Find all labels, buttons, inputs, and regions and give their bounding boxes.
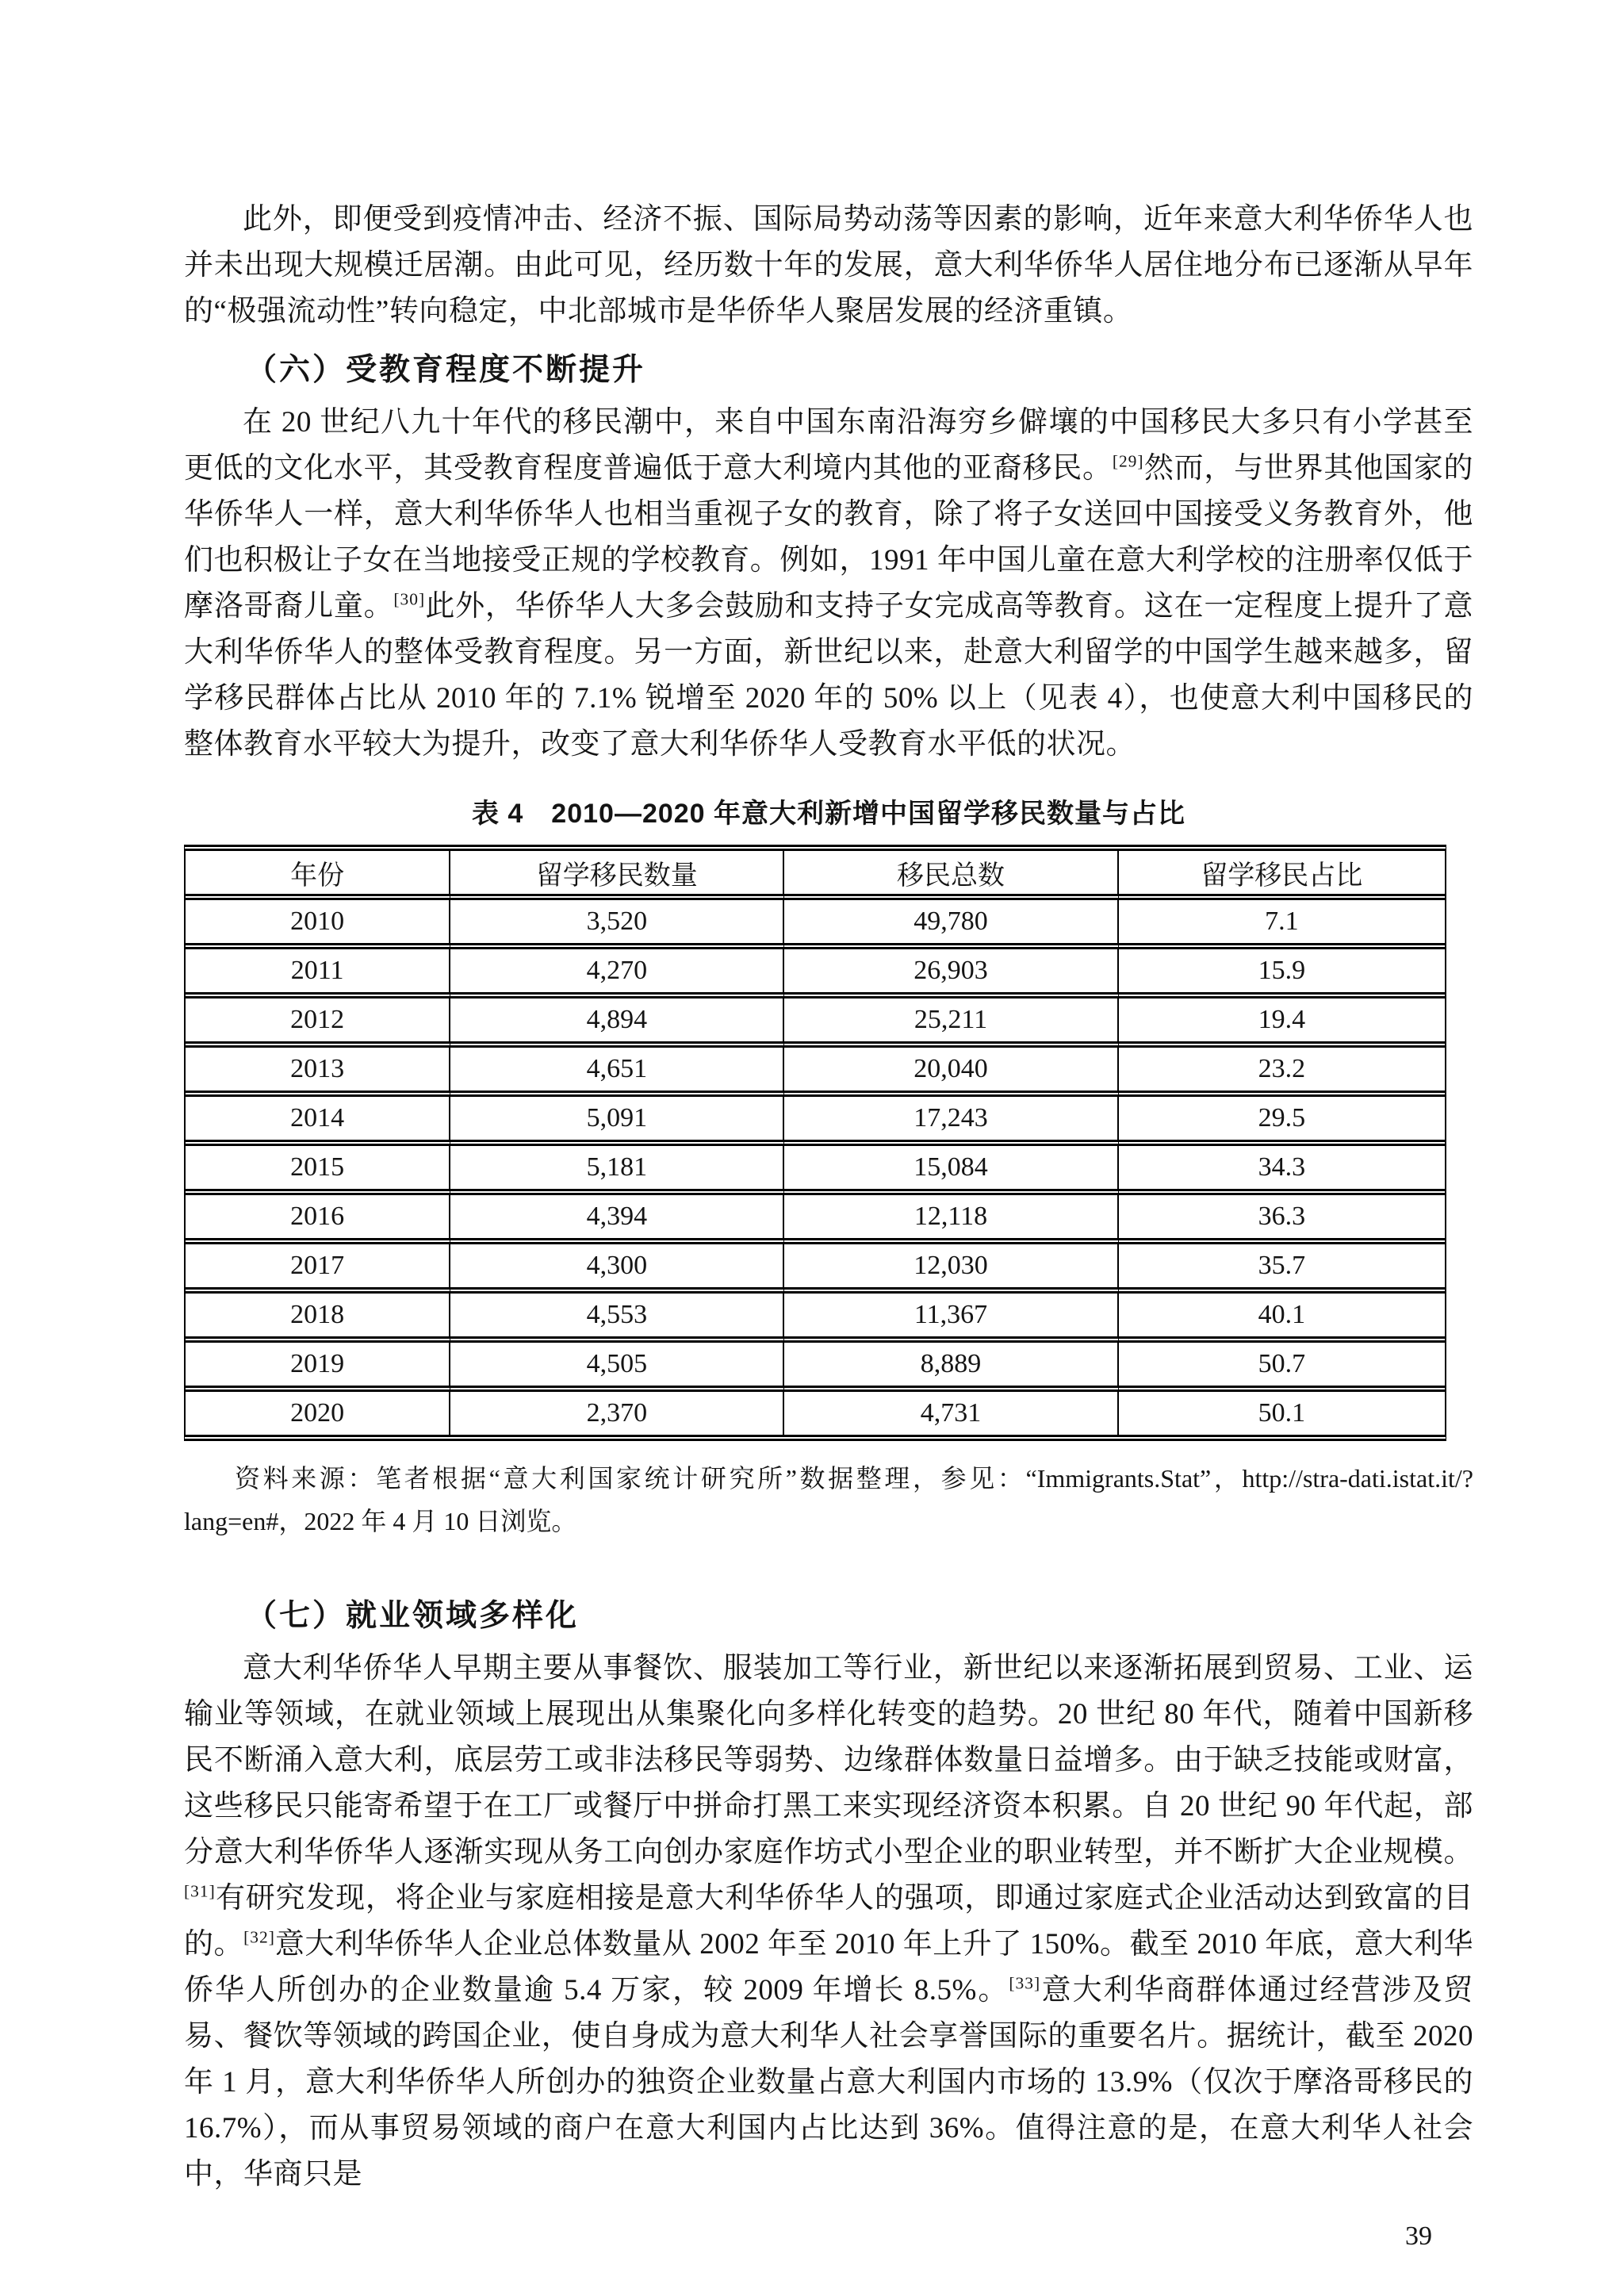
footnote-ref: [29]	[1113, 452, 1144, 471]
table-cell: 23.2	[1119, 1048, 1445, 1097]
table-cell: 5,091	[450, 1097, 784, 1146]
table-row: 20164,39412,11836.3	[186, 1195, 1445, 1244]
table-cell: 4,651	[450, 1048, 784, 1097]
table-cell: 40.1	[1119, 1294, 1445, 1343]
table-cell: 50.1	[1119, 1392, 1445, 1435]
page-number: 39	[184, 2221, 1473, 2252]
table-cell: 2010	[186, 900, 450, 949]
footnote-ref: [32]	[243, 1928, 275, 1947]
table-row: 20134,65120,04023.2	[186, 1048, 1445, 1097]
table-cell: 19.4	[1119, 999, 1445, 1048]
table-header-row: 年份留学移民数量移民总数留学移民占比	[186, 851, 1445, 900]
table-header-cell: 留学移民占比	[1119, 851, 1445, 900]
document-page: 此外，即便受到疫情冲击、经济不振、国际局势动荡等因素的影响，近年来意大利华侨华人…	[0, 0, 1624, 2296]
table-cell: 8,889	[784, 1343, 1118, 1392]
footnote-ref: [33]	[1009, 1974, 1040, 1993]
table-cell: 12,118	[784, 1195, 1118, 1244]
table-source-note: 资料来源：笔者根据“意大利国家统计研究所”数据整理，参见：“Immigrants…	[184, 1457, 1473, 1543]
table-cell: 4,505	[450, 1343, 784, 1392]
table-row: 20114,27026,90315.9	[186, 949, 1445, 999]
table-cell: 2020	[186, 1392, 450, 1435]
table-cell: 2017	[186, 1244, 450, 1294]
table-cell: 34.3	[1119, 1146, 1445, 1195]
table-header-cell: 移民总数	[784, 851, 1118, 900]
table-row: 20145,09117,24329.5	[186, 1097, 1445, 1146]
paragraph-mobility: 此外，即便受到疫情冲击、经济不振、国际局势动荡等因素的影响，近年来意大利华侨华人…	[184, 197, 1473, 335]
table-cell: 29.5	[1119, 1097, 1445, 1146]
footnote-ref: [31]	[184, 1882, 216, 1901]
footnote-ref: [30]	[393, 590, 425, 609]
table-cell: 2011	[186, 949, 450, 999]
table-cell: 36.3	[1119, 1195, 1445, 1244]
table-cell: 2016	[186, 1195, 450, 1244]
table-cell: 4,394	[450, 1195, 784, 1244]
table-cell: 25,211	[784, 999, 1118, 1048]
table-cell: 4,300	[450, 1244, 784, 1294]
table-body: 20103,52049,7807.120114,27026,90315.9201…	[186, 900, 1445, 1435]
table-row: 20174,30012,03035.7	[186, 1244, 1445, 1294]
table-row: 20184,55311,36740.1	[186, 1294, 1445, 1343]
table-cell: 35.7	[1119, 1244, 1445, 1294]
table-cell: 4,731	[784, 1392, 1118, 1435]
table-cell: 15.9	[1119, 949, 1445, 999]
table-row: 20202,3704,73150.1	[186, 1392, 1445, 1435]
table-cell: 11,367	[784, 1294, 1118, 1343]
table-cell: 2012	[186, 999, 450, 1048]
table-cell: 17,243	[784, 1097, 1118, 1146]
table-cell: 2014	[186, 1097, 450, 1146]
paragraph-employment: 意大利华侨华人早期主要从事餐饮、服装加工等行业，新世纪以来逐渐拓展到贸易、工业、…	[184, 1646, 1473, 2198]
table-cell: 2013	[186, 1048, 450, 1097]
table-cell: 2019	[186, 1343, 450, 1392]
table-header-cell: 留学移民数量	[450, 851, 784, 900]
study-migrants-table: 年份留学移民数量移民总数留学移民占比 20103,52049,7807.1201…	[184, 845, 1446, 1441]
table-row: 20124,89425,21119.4	[186, 999, 1445, 1048]
table-row: 20194,5058,88950.7	[186, 1343, 1445, 1392]
table-cell: 26,903	[784, 949, 1118, 999]
table-cell: 50.7	[1119, 1343, 1445, 1392]
table-header-cell: 年份	[186, 851, 450, 900]
table-cell: 20,040	[784, 1048, 1118, 1097]
table-title: 表 4 2010—2020 年意大利新增中国留学移民数量与占比	[184, 792, 1473, 830]
table-cell: 2015	[186, 1146, 450, 1195]
table-row: 20155,18115,08434.3	[186, 1146, 1445, 1195]
table-cell: 2018	[186, 1294, 450, 1343]
section-heading-7: （七）就业领域多样化	[184, 1593, 1473, 1639]
table-row: 20103,52049,7807.1	[186, 900, 1445, 949]
paragraph-education: 在 20 世纪八九十年代的移民潮中，来自中国东南沿海穷乡僻壤的中国移民大多只有小…	[184, 400, 1473, 768]
table-cell: 49,780	[784, 900, 1118, 949]
table-cell: 2,370	[450, 1392, 784, 1435]
table-cell: 5,181	[450, 1146, 784, 1195]
table-cell: 3,520	[450, 900, 784, 949]
table-cell: 4,270	[450, 949, 784, 999]
table-cell: 7.1	[1119, 900, 1445, 949]
section-heading-6: （六）受教育程度不断提升	[184, 347, 1473, 393]
table-cell: 12,030	[784, 1244, 1118, 1294]
table-cell: 4,894	[450, 999, 784, 1048]
table-cell: 4,553	[450, 1294, 784, 1343]
table-cell: 15,084	[784, 1146, 1118, 1195]
